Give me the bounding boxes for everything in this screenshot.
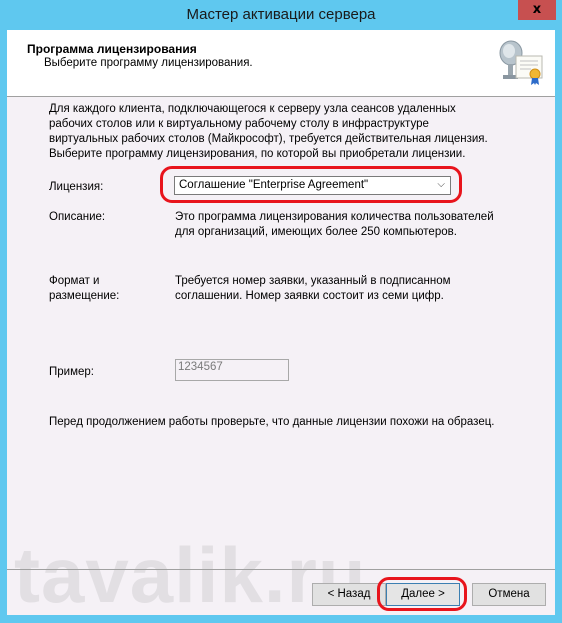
back-button[interactable]: < Назад: [312, 583, 386, 606]
close-button[interactable]: x: [518, 0, 556, 20]
page-subtitle: Выберите программу лицензирования.: [44, 57, 253, 69]
format-label: Формат и размещение:: [49, 274, 139, 304]
certificate-icon: [495, 38, 545, 88]
verification-note: Перед продолжением работы проверьте, что…: [49, 415, 495, 430]
window-title: Мастер активации сервера: [0, 6, 562, 23]
description-label: Описание:: [49, 210, 105, 225]
wizard-header: Программа лицензирования Выберите програ…: [7, 30, 555, 97]
page-title: Программа лицензирования: [27, 42, 197, 56]
next-button[interactable]: Далее >: [386, 583, 460, 606]
footer-divider: [7, 569, 555, 570]
example-field: 1234567: [175, 359, 289, 381]
license-select-value: Соглашение "Enterprise Agreement": [179, 179, 368, 191]
chevron-down-icon[interactable]: ⌵: [437, 179, 445, 190]
description-text: Это программа лицензирования количества …: [175, 210, 505, 240]
license-select[interactable]: Соглашение "Enterprise Agreement" ⌵: [174, 176, 451, 195]
cancel-button[interactable]: Отмена: [472, 583, 546, 606]
format-text: Требуется номер заявки, указанный в подп…: [175, 274, 505, 304]
license-label: Лицензия:: [49, 180, 103, 195]
watermark: tavalik.ru: [14, 530, 367, 621]
title-bar: Мастер активации сервера x: [0, 0, 562, 30]
intro-text: Для каждого клиента, подключающегося к с…: [49, 102, 489, 162]
example-label: Пример:: [49, 365, 94, 380]
example-value: 1234567: [178, 361, 223, 373]
